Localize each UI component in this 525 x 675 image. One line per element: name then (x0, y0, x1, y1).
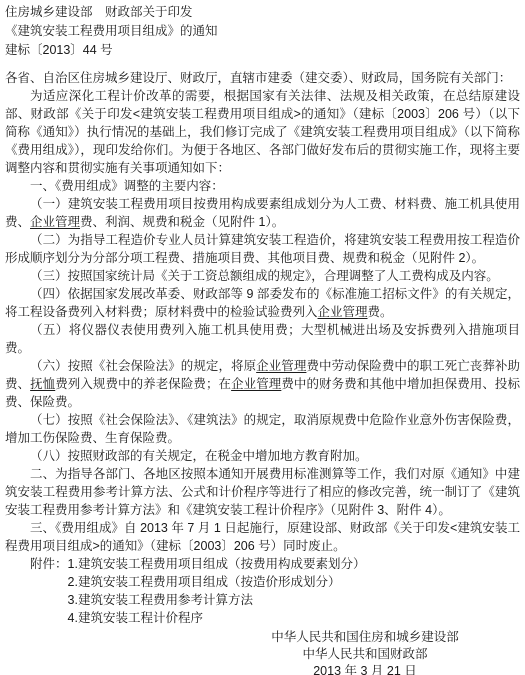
document-number: 建标〔2013〕44 号 (5, 41, 520, 60)
underlined-text-run: 企业管理 (318, 305, 368, 319)
text-run: （五）将仪器仪表使用费列入施工机具使用费；大型机械进出场及安拆费列入措施项目费。 (5, 323, 520, 355)
document-title-line2: 《建筑安装工程费用项目组成》的通知 (5, 22, 520, 41)
paragraph: （一）建筑安装工程费用项目按费用构成要素组成划分为人工费、材料费、施工机具使用费… (5, 195, 520, 231)
text-run: （八）按照财政部的有关规定，在税金中增加地方教育附加。 (30, 449, 368, 463)
attachment-item: 2.建筑安装工程费用项目组成（按造价形成划分） (68, 573, 366, 591)
underlined-text-run: 企业管理 (231, 377, 281, 391)
paragraph: 二、为指导各部门、各地区按照本通知开展费用标准测算等工作，我们对原《通知》中建筑… (5, 465, 520, 519)
paragraph: （八）按照财政部的有关规定，在税金中增加地方教育附加。 (5, 447, 520, 465)
underlined-text-run: 企业管理 (30, 215, 80, 229)
body-paragraphs: 为适应深化工程计价改革的需要，根据国家有关法律、法规及相关政策，在总结原建设部、… (5, 87, 520, 555)
paragraph: 三、《费用组成》自 2013 年 7 月 1 日起施行，原建设部、财政部《关于印… (5, 519, 520, 555)
signatory-ministry-finance: 中华人民共和国财政部 (250, 646, 480, 663)
text-run: （四）依据国家发展改革委、财政部等 9 部委发布的《标准施工招标文件》的有关规定… (5, 287, 520, 319)
text-run: 二、为指导各部门、各地区按照本通知开展费用标准测算等工作，我们对原《通知》中建筑… (5, 467, 520, 517)
paragraph: （二）为指导工程造价专业人员计算建筑安装工程造价，将建筑安装工程费用按工程造价形… (5, 231, 520, 267)
paragraph: 为适应深化工程计价改革的需要，根据国家有关法律、法规及相关政策，在总结原建设部、… (5, 87, 520, 177)
document-page: 住房城乡建设部 财政部关于印发 《建筑安装工程费用项目组成》的通知 建标〔201… (0, 0, 525, 675)
attachment-item: 3.建筑安装工程费用参考计算方法 (68, 591, 366, 609)
signature-block: 中华人民共和国住房和城乡建设部 中华人民共和国财政部 2013 年 3 月 21… (250, 629, 480, 675)
text-run: （六）按照《社会保险法》的规定，将原 (30, 359, 256, 373)
attachment-item: 1.建筑安装工程费用项目组成（按费用构成要素划分） (68, 555, 366, 573)
text-run: 费。 (368, 305, 393, 319)
signatory-ministry-housing: 中华人民共和国住房和城乡建设部 (250, 629, 480, 646)
paragraph: （五）将仪器仪表使用费列入施工机具使用费；大型机械进出场及安拆费列入措施项目费。 (5, 321, 520, 357)
attachments-label: 附件： (30, 555, 68, 627)
text-run: （七）按照《社会保险法》、《建筑法》的规定，取消原规费中危险作业意外伤害保险费，… (5, 413, 520, 445)
text-run: 为适应深化工程计价改革的需要，根据国家有关法律、法规及相关政策，在总结原建设部、… (5, 89, 520, 175)
text-run: （三）按照国家统计局《关于工资总额组成的规定》，合理调整了人工费构成及内容。 (30, 269, 499, 283)
text-run: （二）为指导工程造价专业人员计算建筑安装工程造价，将建筑安装工程费用按工程造价形… (5, 233, 520, 265)
text-run: 一、《费用组成》调整的主要内容： (30, 179, 224, 193)
text-run: 费、利润、规费和税金（见附件 1）。 (80, 215, 284, 229)
document-title: 住房城乡建设部 财政部关于印发 《建筑安装工程费用项目组成》的通知 (5, 3, 520, 41)
text-run: 三、《费用组成》自 2013 年 7 月 1 日起施行，原建设部、财政部《关于印… (5, 521, 520, 553)
attachments-list: 1.建筑安装工程费用项目组成（按费用构成要素划分）2.建筑安装工程费用项目组成（… (68, 555, 366, 627)
underlined-text-run: 抚恤 (30, 377, 55, 391)
signature-date: 2013 年 3 月 21 日 (250, 663, 480, 675)
paragraph: 一、《费用组成》调整的主要内容： (5, 177, 520, 195)
attachments-section: 附件： 1.建筑安装工程费用项目组成（按费用构成要素划分）2.建筑安装工程费用项… (5, 555, 520, 627)
text-run: 费列入规费中的养老保险费；在 (55, 377, 231, 391)
underlined-text-run: 企业管理 (256, 359, 306, 373)
paragraph: （七）按照《社会保险法》、《建筑法》的规定，取消原规费中危险作业意外伤害保险费，… (5, 411, 520, 447)
paragraph: （六）按照《社会保险法》的规定，将原企业管理费中劳动保险费中的职工死亡丧葬补助费… (5, 357, 520, 411)
paragraph: （四）依据国家发展改革委、财政部等 9 部委发布的《标准施工招标文件》的有关规定… (5, 285, 520, 321)
paragraph: （三）按照国家统计局《关于工资总额组成的规定》，合理调整了人工费构成及内容。 (5, 267, 520, 285)
attachment-item: 4.建筑安装工程计价程序 (68, 609, 366, 627)
salutation: 各省、自治区住房城乡建设厅、财政厅，直辖市建委（建交委）、财政局，国务院有关部门… (5, 69, 520, 87)
document-title-line1: 住房城乡建设部 财政部关于印发 (5, 3, 520, 22)
